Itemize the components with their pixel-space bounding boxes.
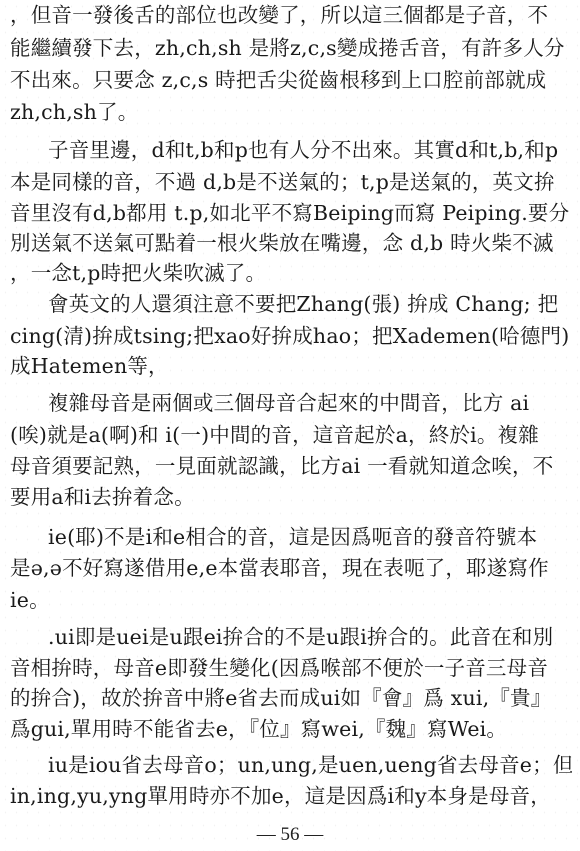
text-line: in,ing,yu,yng單用時亦不加e，這是因爲i和y本身是母音，	[10, 781, 572, 811]
text-line: ，一念t,p時把火柴吹滅了。	[10, 258, 572, 288]
scanned-book-page: ，但音一發後舌的部位也改變了，所以這三個都是子音，不 能繼續發下去，zh,ch,…	[0, 0, 580, 851]
text-line: 本是同樣的音，不過 d,b是不送氣的；t,p是送氣的，英文拚	[10, 167, 572, 197]
text-line: ，但音一發後舌的部位也改變了，所以這三個都是子音，不	[10, 0, 572, 30]
text-line: 不出來。只要念 z,c,s 時把舌尖從齒根移到上口腔前部就成	[10, 65, 572, 95]
page-number: — 56 —	[0, 824, 580, 846]
text-line: 成Hatemen等，	[10, 351, 572, 381]
text-line: 的拚合)，故於拚音中將e省去而成ui如『會』爲 xui,『貴』	[10, 683, 572, 713]
text-line: 母音須要記熟，一見面就認識，比方ai 一看就知道念唉，不	[10, 451, 572, 481]
paragraph-first-line: .ui即是uei是u跟ei拚合的不是u跟i拚合的。此音在和別	[48, 622, 572, 652]
text-line: ie。	[10, 585, 572, 615]
paragraph-first-line: ie(耶)不是i和e相合的音，這是因爲呃音的發音符號本	[48, 522, 572, 552]
text-line: (唉)就是a(啊)和 i(一)中間的音，這音起於a，終於i。複雜	[10, 420, 572, 450]
paragraph-first-line: iu是iou省去母音o；un,ung,是uen,ueng省去母音e；但	[48, 750, 572, 780]
paragraph-first-line: 子音里邊，d和t,b和p也有人分不出來。其實d和t,b,和p	[48, 135, 572, 165]
text-line: cing(清)拚成tsing;把xao好拚成hao；把Xademen(哈德門)	[10, 321, 572, 351]
text-line: 別送氣不送氣可點着一根火柴放在嘴邊，念 d,b 時火柴不滅	[10, 228, 572, 258]
text-line: 音里沒有d,b都用 t.p,如北平不寫Beiping而寫 Peiping.要分	[10, 198, 572, 228]
paragraph-first-line: 複雜母音是兩個或三個母音合起來的中間音，比方 ai	[48, 388, 572, 418]
text-line: 爲gui,單用時不能省去e，『位』寫wei,『魏』寫Wei。	[10, 714, 572, 744]
text-line: zh,ch,sh了。	[10, 97, 572, 127]
text-line: 能繼續發下去，zh,ch,sh 是將z,c,s變成捲舌音，有許多人分	[10, 33, 572, 63]
text-line: 要用a和i去拚着念。	[10, 482, 572, 512]
text-line: 是ə,ə不好寫遂借用e,e本當表耶音，現在表呃了，耶遂寫作	[10, 553, 572, 583]
text-line: 音相拚時，母音e即發生變化(因爲喉部不便於一子音三母音	[10, 653, 572, 683]
paragraph-first-line: 會英文的人還須注意不要把Zhang(張) 拚成 Chang; 把	[48, 289, 572, 319]
